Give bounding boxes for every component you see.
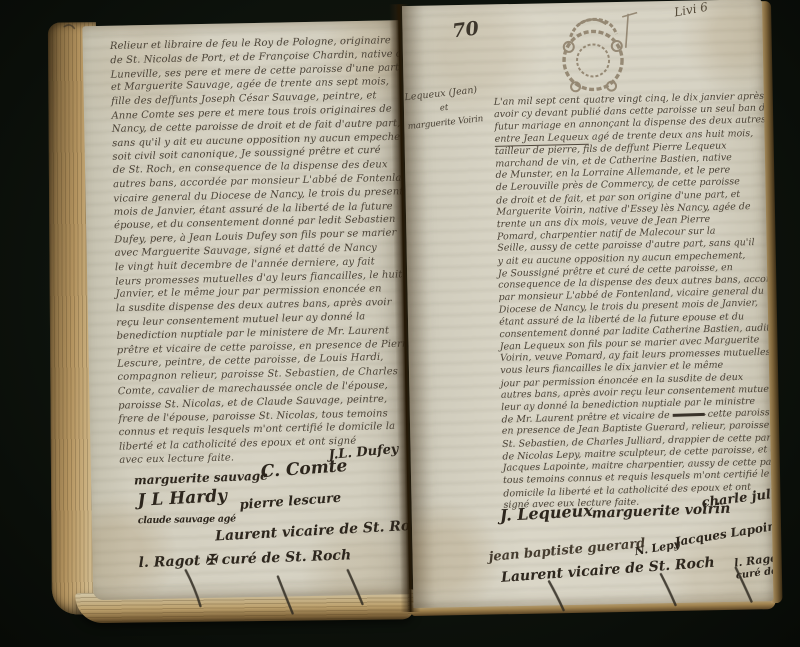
corner-archival-note: Livi 6 [673,0,709,19]
signature-laurent-vicaire: Laurent vicaire de St. Roch [215,517,410,545]
signature-ragot-cure: l. Ragot ✠ curé de St. Roch [138,547,351,571]
left-page: Relieur et libraire de feu le Roy de Pol… [82,20,409,600]
margin-note-spouses: Lequeux (Jean) et marguerite Voirin [404,80,504,135]
signature-jacques-lapointe: Jacques Lapointe [674,517,774,549]
signature-ragot-cure: l. Ragot ✠ curé de St. Roch [733,545,773,582]
signature-j-lequeux: J. Lequeux [499,501,593,525]
right-page: 70 Livi 6 Lequeux (Jean) et ma [402,0,773,608]
signature-marguerite-sauvage: marguerite sauvage [134,469,268,488]
left-page-entry-text: Relieur et libraire de feu le Roy de Pol… [110,33,409,468]
signature-jl-hardy: J L Hardy [137,486,228,511]
signature-pierre-lescure: pierre lescure [239,491,342,513]
right-page-entry-text: L'an mil sept cent quatre vingt cinq, le… [494,90,774,512]
scanned-register-photo: Relieur et libraire de feu le Roy de Pol… [0,0,800,647]
round-ink-stamp [530,1,652,107]
open-register-book: Relieur et libraire de feu le Roy de Pol… [38,0,784,643]
signature-claude-sauvage: claude sauvage agé [138,513,236,526]
page-number: 70 [451,17,480,42]
